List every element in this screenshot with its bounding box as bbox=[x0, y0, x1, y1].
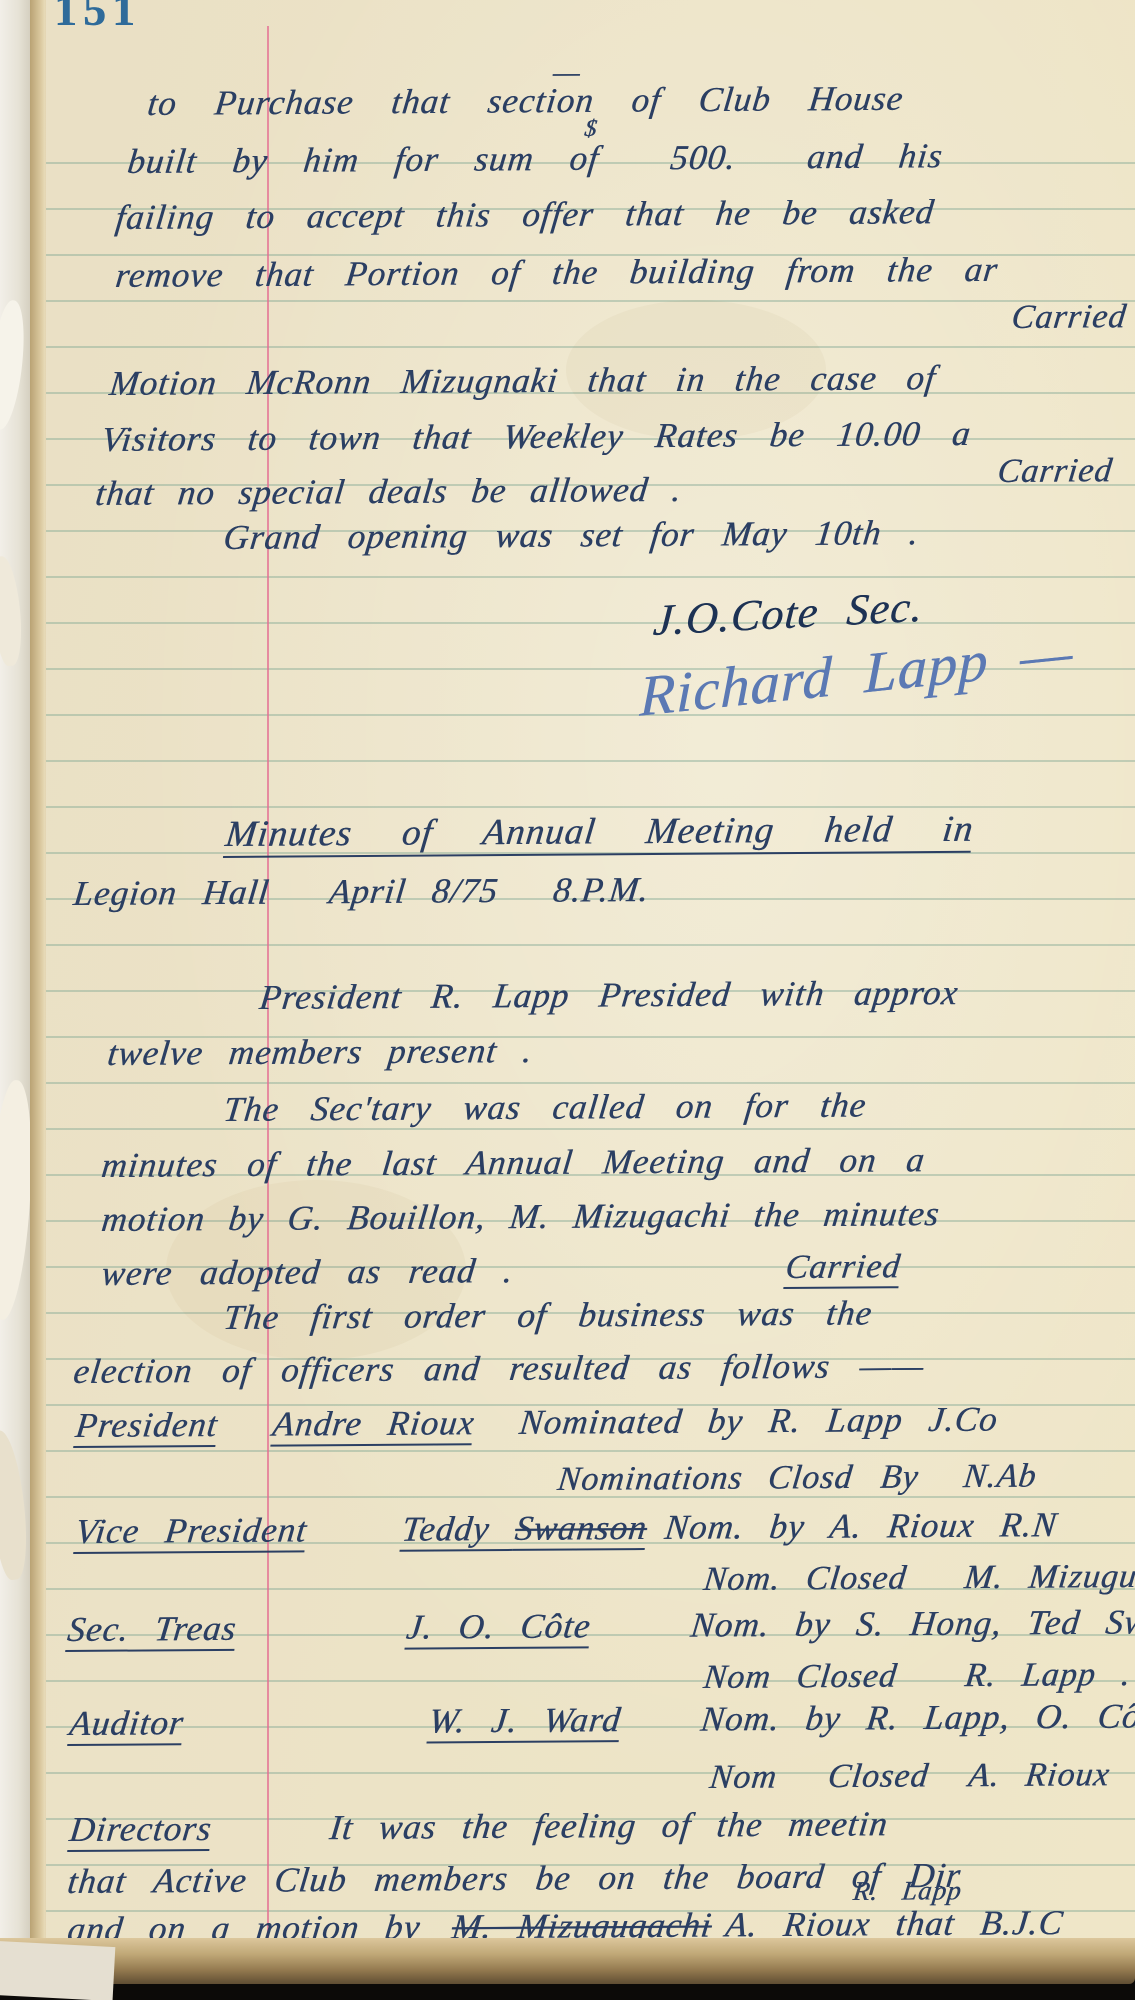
handwritten-line: Nom ClosedR. Lapp . bbox=[701, 1655, 1133, 1697]
handwritten-text: Nominations Closd bbox=[556, 1459, 855, 1498]
handwritten-text: were adopted as read . bbox=[99, 1251, 515, 1293]
handwritten-text: 8.P.M. bbox=[551, 870, 651, 910]
handwritten-text: Carried bbox=[996, 452, 1115, 490]
handwritten-text: built by him for sum of 500. and his bbox=[125, 136, 944, 181]
handwritten-text: President R. Lapp Presided with approx bbox=[257, 973, 960, 1017]
handwritten-line: Legion HallApril 8/758.P.M. bbox=[71, 870, 651, 914]
handwritten-text: Sec. Treas bbox=[65, 1609, 239, 1652]
handwritten-text: A. Rioux bbox=[967, 1756, 1112, 1794]
inserted-correction: R. Lapp bbox=[851, 1875, 963, 1907]
handwritten-text: Minutes of Annual Meeting held in bbox=[223, 809, 976, 858]
handwritten-text: Legion Hall bbox=[71, 873, 271, 913]
handwritten-line: Nom. ClosedM. Mizuguc bbox=[701, 1557, 1135, 1599]
handwritten-line: Grand opening was set for May 10th . bbox=[221, 513, 921, 558]
handwritten-line: to Purchase that section of Club House bbox=[145, 79, 905, 125]
handwritten-text: Sec. bbox=[845, 582, 925, 635]
bottom-corner-paper bbox=[0, 1941, 115, 2000]
handwriting-layer: 151 —to Purchase that section of Club Ho… bbox=[0, 0, 1135, 2000]
handwritten-line: built by him for sum of 500. and his bbox=[125, 136, 945, 182]
handwritten-line: election of officers and resulted as fol… bbox=[71, 1346, 926, 1392]
handwritten-line: Nominations ClosdByN.Ab bbox=[555, 1457, 1038, 1499]
handwritten-line: AuditorW. J. WardNom. by R. Lapp, O. Côt… bbox=[67, 1696, 1135, 1744]
handwritten-text: The first order of business was the bbox=[221, 1293, 874, 1337]
handwritten-text: W. J. Ward bbox=[426, 1700, 623, 1743]
handwritten-line: were adopted as read . bbox=[99, 1251, 515, 1294]
handwritten-text: Nom. by A. Rioux R.N bbox=[663, 1505, 1059, 1547]
handwritten-line: that no special deals be allowed . bbox=[93, 470, 684, 514]
handwritten-line: PresidentAndre RiouxNominated by R. Lapp… bbox=[73, 1400, 1000, 1447]
handwritten-line: Sec. TreasJ. O. CôteNom. by S. Hong, Ted… bbox=[65, 1602, 1135, 1650]
handwritten-text: Nom. by R. Lapp, O. Côte bbox=[699, 1696, 1135, 1738]
handwritten-text: Nom. by S. Hong, Ted Swans bbox=[689, 1602, 1135, 1645]
handwritten-line: Motion McRonn Mizugnaki that in the case… bbox=[107, 358, 938, 404]
handwritten-line: remove that Portion of the building from… bbox=[113, 250, 1000, 296]
handwritten-text: April 8/75 bbox=[327, 871, 501, 911]
handwritten-text: motion by G. Bouillon, M. Mizugachi the … bbox=[99, 1194, 941, 1239]
handwritten-text: R. Lapp bbox=[852, 1875, 964, 1906]
handwritten-line: that Active Club members be on the board… bbox=[65, 1856, 963, 1902]
handwritten-text: minutes of the last Annual Meeting and o… bbox=[99, 1140, 927, 1185]
handwritten-line: The first order of business was the bbox=[221, 1293, 874, 1338]
handwritten-text: President bbox=[73, 1405, 220, 1448]
handwritten-line: Visitors to town that Weekley Rates be 1… bbox=[99, 414, 973, 460]
handwritten-text: Teddy bbox=[400, 1509, 518, 1552]
handwritten-text: Directors bbox=[67, 1809, 214, 1852]
handwritten-line: Carried bbox=[1009, 297, 1128, 337]
handwritten-line: failing to accept this offer that he be … bbox=[113, 192, 936, 238]
handwritten-line: President R. Lapp Presided with approx bbox=[257, 973, 960, 1018]
handwritten-text: twelve members present . bbox=[105, 1031, 534, 1073]
section-heading: Minutes of Annual Meeting held in bbox=[223, 809, 976, 857]
handwritten-text: remove that Portion of the building from… bbox=[113, 250, 1000, 295]
handwritten-text: failing to accept this offer that he be … bbox=[113, 192, 936, 237]
handwritten-text: M. Mizuguc bbox=[963, 1558, 1135, 1596]
handwritten-text: Visitors to town that Weekley Rates be 1… bbox=[99, 414, 973, 459]
handwritten-line: DirectorsIt was the feeling of the meeti… bbox=[67, 1804, 890, 1850]
handwritten-text: Nom Closed bbox=[702, 1658, 900, 1696]
handwritten-text: Nom. Closed bbox=[702, 1560, 909, 1598]
handwritten-text: Vice President bbox=[73, 1510, 309, 1554]
handwritten-text: It was the feeling of the meetin bbox=[328, 1804, 891, 1847]
handwritten-text: Nom Closed bbox=[708, 1757, 931, 1796]
handwritten-text: Grand opening was set for May 10th . bbox=[221, 513, 921, 557]
signature-j-o-cote: J.O.Cote Sec. bbox=[651, 582, 924, 647]
handwritten-text: Carried bbox=[783, 1248, 902, 1289]
handwritten-line: minutes of the last Annual Meeting and o… bbox=[99, 1140, 927, 1186]
handwritten-line: Carried bbox=[995, 451, 1114, 491]
handwritten-text: Nominated by R. Lapp J.Co bbox=[517, 1400, 1000, 1442]
handwritten-line: twelve members present . bbox=[105, 1031, 535, 1074]
handwritten-line: motion by G. Bouillon, M. Mizugachi the … bbox=[99, 1194, 941, 1240]
handwritten-text: that no special deals be allowed . bbox=[93, 470, 684, 513]
handwritten-text: election of officers and resulted as fol… bbox=[71, 1346, 926, 1391]
handwritten-text: J. O. Côte bbox=[404, 1606, 593, 1649]
handwritten-text: The Sec'tary was called on for the bbox=[221, 1086, 868, 1129]
handwritten-line: The Sec'tary was called on for the bbox=[221, 1086, 868, 1131]
handwritten-text: R. Lapp . bbox=[963, 1656, 1133, 1694]
page-number: 151 bbox=[54, 0, 141, 37]
scanned-minute-book-photo: { "document": { "kind": "handwritten mee… bbox=[0, 0, 1135, 2000]
handwritten-line: Carried bbox=[783, 1247, 902, 1287]
handwritten-text: N.Ab bbox=[961, 1458, 1038, 1496]
handwritten-text: Auditor bbox=[67, 1703, 186, 1746]
handwritten-text: By bbox=[879, 1458, 921, 1495]
handwritten-line: Vice PresidentTeddy SwansonNom. by A. Ri… bbox=[73, 1505, 1059, 1552]
handwritten-line: Nom ClosedA. Rioux bbox=[707, 1755, 1112, 1797]
handwritten-text: to Purchase that section of Club House bbox=[145, 79, 905, 123]
handwritten-text: Andre Rioux bbox=[270, 1403, 477, 1446]
handwritten-text: Swanson bbox=[513, 1508, 649, 1551]
handwritten-text: Motion McRonn Mizugnaki that in the case… bbox=[107, 358, 938, 403]
page-bottom-edge bbox=[0, 1938, 1135, 1984]
handwritten-text: that Active Club members be on the board… bbox=[65, 1856, 963, 1901]
handwritten-text: Carried bbox=[1010, 298, 1129, 336]
handwritten-text: J.O.Cote bbox=[652, 586, 849, 645]
